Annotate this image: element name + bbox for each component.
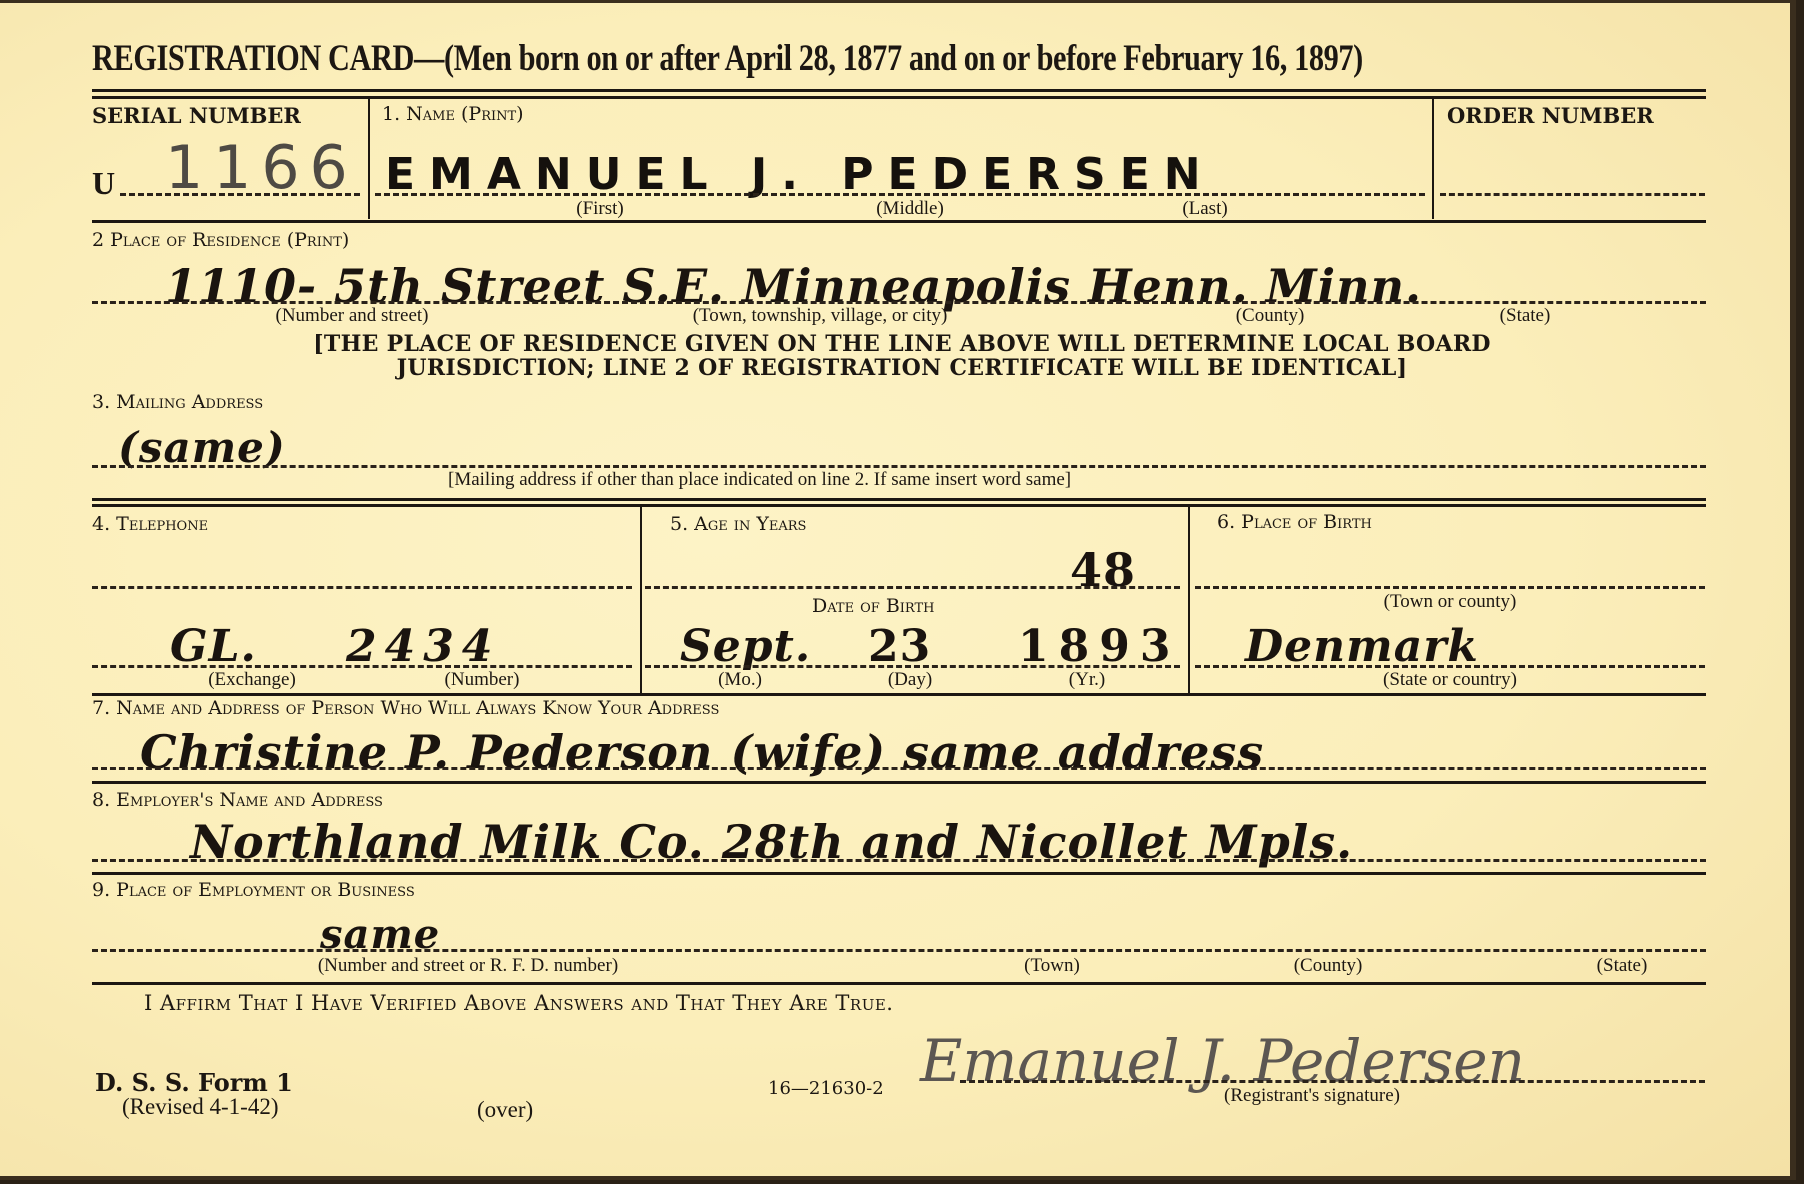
mailing-address-note: [Mailing address if other than place ind… bbox=[448, 469, 1071, 491]
dob-month-label: (Mo.) bbox=[718, 669, 762, 691]
dob-line bbox=[645, 665, 1180, 668]
name-label: 1. Name (Print) bbox=[382, 103, 524, 125]
top-double-rule-1 bbox=[92, 89, 1706, 92]
serial-number-label: SERIAL NUMBER bbox=[92, 103, 301, 128]
telephone-label: 4. Telephone bbox=[92, 513, 208, 535]
employment-place-label: 9. Place of Employment or Business bbox=[92, 879, 415, 901]
age-label: 5. Age in Years bbox=[670, 513, 806, 535]
residence-street-label: (Number and street) bbox=[276, 305, 429, 327]
age-line bbox=[645, 586, 1180, 589]
employer-line bbox=[92, 859, 1706, 862]
birth-town-label: (Town or county) bbox=[1384, 591, 1517, 613]
residence-line bbox=[92, 301, 1706, 304]
rule-after-section-6 bbox=[92, 693, 1706, 696]
place-of-birth-label: 6. Place of Birth bbox=[1217, 511, 1372, 533]
mailing-address-line bbox=[92, 465, 1706, 468]
employment-state-label: (State) bbox=[1597, 955, 1648, 977]
registration-card: REGISTRATION CARD—(Men born on or after … bbox=[0, 0, 1796, 1180]
residence-county-label: (County) bbox=[1236, 305, 1305, 327]
contact-person-value[interactable]: Christine P. Pederson (wife) same addres… bbox=[140, 725, 1264, 779]
over-note: (over) bbox=[477, 1097, 533, 1123]
rule-after-section-3b bbox=[92, 504, 1706, 507]
order-number-label: ORDER NUMBER bbox=[1447, 103, 1654, 128]
form-revised: (Revised 4-1-42) bbox=[122, 1094, 279, 1120]
divider-serial-name bbox=[368, 99, 370, 219]
telephone-exchange-label: (Exchange) bbox=[208, 669, 296, 691]
card-title: REGISTRATION CARD—(Men born on or after … bbox=[92, 37, 1363, 80]
order-number-line[interactable] bbox=[1440, 193, 1705, 196]
dob-day-label: (Day) bbox=[888, 669, 932, 691]
residence-label: 2 Place of Residence (Print) bbox=[92, 229, 349, 251]
employer-label: 8. Employer's Name and Address bbox=[92, 789, 383, 811]
registrant-signature[interactable]: Emanuel J. Pedersen bbox=[920, 1027, 1525, 1095]
residence-state-label: (State) bbox=[1500, 305, 1551, 327]
birth-country-line bbox=[1195, 665, 1705, 668]
printing-code: 16—21630-2 bbox=[768, 1078, 884, 1099]
divider-telephone-age bbox=[640, 506, 642, 693]
contact-person-label: 7. Name and Address of Person Who Will A… bbox=[92, 697, 719, 719]
rule-after-section-1 bbox=[92, 220, 1706, 223]
serial-prefix: U bbox=[92, 165, 115, 202]
telephone-upper-line bbox=[92, 586, 632, 589]
telephone-lower-line bbox=[92, 665, 632, 668]
signature-line bbox=[960, 1080, 1705, 1083]
mailing-address-label: 3. Mailing Address bbox=[92, 391, 263, 413]
residence-town-label: (Town, township, village, or city) bbox=[693, 305, 948, 327]
contact-person-line bbox=[92, 767, 1706, 770]
first-name-label: (First) bbox=[576, 198, 624, 220]
rule-after-section-8 bbox=[92, 872, 1706, 875]
birth-town-line[interactable] bbox=[1195, 586, 1705, 589]
last-name-label: (Last) bbox=[1182, 198, 1227, 220]
form-number: D. S. S. Form 1 bbox=[95, 1068, 293, 1097]
employment-place-line bbox=[92, 949, 1706, 952]
dob-year-label: (Yr.) bbox=[1069, 669, 1105, 691]
date-of-birth-label: Date of Birth bbox=[812, 595, 935, 617]
telephone-number-label: (Number) bbox=[445, 669, 520, 691]
birth-country-label: (State or country) bbox=[1383, 669, 1517, 691]
serial-number-value[interactable]: 1166 bbox=[165, 133, 358, 203]
middle-name-label: (Middle) bbox=[876, 198, 944, 220]
residence-notice-line-1: [THE PLACE OF RESIDENCE GIVEN ON THE LIN… bbox=[0, 331, 1804, 357]
employment-street-label: (Number and street or R. F. D. number) bbox=[318, 955, 618, 977]
employment-county-label: (County) bbox=[1294, 955, 1363, 977]
name-line bbox=[375, 193, 1425, 196]
signature-label: (Registrant's signature) bbox=[1224, 1085, 1400, 1107]
employment-town-label: (Town) bbox=[1024, 955, 1080, 977]
rule-after-section-9 bbox=[92, 982, 1706, 985]
divider-name-order bbox=[1432, 99, 1434, 219]
rule-after-section-7 bbox=[92, 781, 1706, 784]
top-double-rule-2 bbox=[92, 96, 1706, 99]
rule-after-section-3a bbox=[92, 498, 1706, 501]
affirmation-text: I Affirm That I Have Verified Above Answ… bbox=[144, 991, 893, 1015]
residence-notice-line-2: JURISDICTION; LINE 2 OF REGISTRATION CER… bbox=[0, 355, 1804, 381]
divider-age-birthplace bbox=[1188, 506, 1190, 693]
